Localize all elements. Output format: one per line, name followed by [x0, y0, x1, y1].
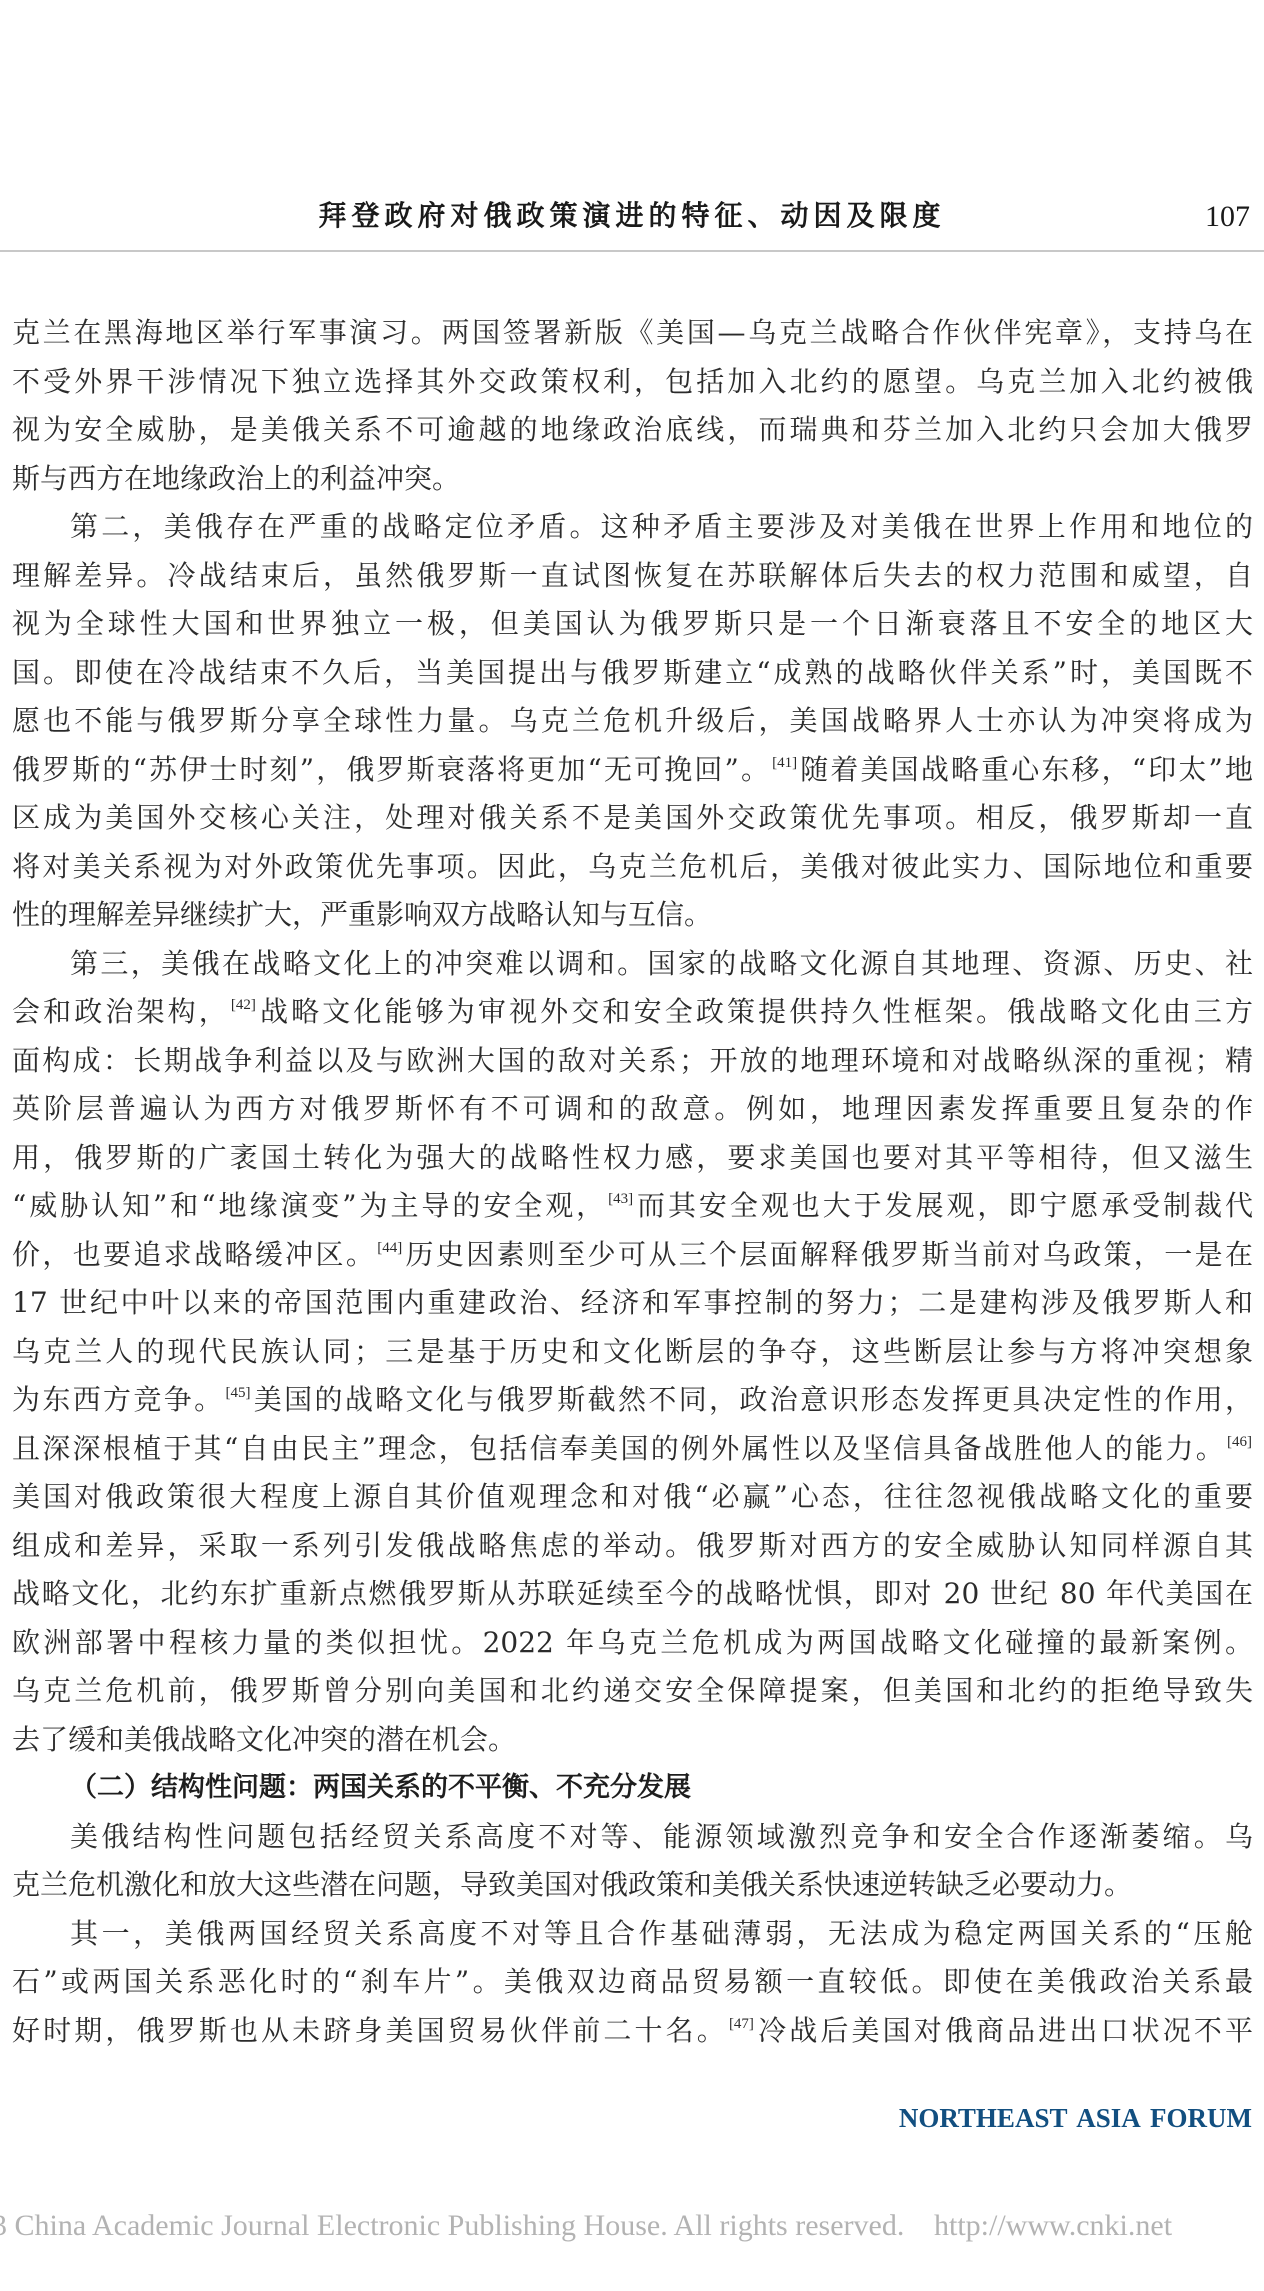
- text-line: 不受外界干涉情况下独立选择其外交政策权利，包括加入北约的愿望。乌克兰加入北约被俄: [12, 358, 1253, 407]
- text-segment: 冷战后美国对俄商品进出口状况不平: [755, 2014, 1253, 2047]
- citation-marker: [45]: [225, 1385, 250, 1401]
- text-line: 英阶层普遍认为西方对俄罗斯怀有不可调和的敌意。例如，地理因素发挥重要且复杂的作: [12, 1085, 1253, 1134]
- text-line: 俄罗斯的“苏伊士时刻”，俄罗斯衰落将更加“无可挽回”。[41]随着美国战略重心东…: [12, 746, 1253, 795]
- text-line: 去了缓和美俄战略文化冲突的潜在机会。: [12, 1716, 1253, 1765]
- text-line: 用，俄罗斯的广袤国土转化为强大的战略性权力感，要求美国也要对其平等相待，但又滋生: [12, 1134, 1253, 1183]
- copyright-notice: 3 China Academic Journal Electronic Publ…: [0, 2211, 904, 2241]
- citation-marker: [46]: [1227, 1434, 1252, 1450]
- document-page: 拜登政府对俄政策演进的特征、动因及限度 107 克兰在黑海地区举行军事演习。两国…: [0, 0, 1264, 2291]
- text-line: 组成和差异，采取一系列引发俄战略焦虑的举动。俄罗斯对西方的安全威胁认知同样源自其: [12, 1522, 1253, 1571]
- text-line: 国。即使在冷战结束不久后，当美国提出与俄罗斯建立“成熟的战略伙伴关系”时，美国既…: [12, 649, 1253, 698]
- text-segment: 好时期，俄罗斯也从未跻身美国贸易伙伴前二十名。: [12, 2014, 728, 2047]
- text-segment: 随着美国战略重心东移，“印太”地: [798, 753, 1253, 786]
- citation-marker: [47]: [729, 2016, 754, 2032]
- text-segment: 美国的战略文化与俄罗斯截然不同，政治意识形态发挥更具决定性的作用，: [251, 1383, 1253, 1416]
- text-segment: 历史因素则至少可从三个层面解释俄罗斯当前对乌政策，一是在: [403, 1238, 1253, 1271]
- journal-name: NORTHEAST ASIA FORUM: [899, 2105, 1252, 2132]
- text-line: 面构成：长期战争利益以及与欧洲大国的敌对关系；开放的地理环境和对战略纵深的重视；…: [12, 1037, 1253, 1086]
- text-line: 视为安全威胁，是美俄关系不可逾越的地缘政治底线，而瑞典和芬兰加入北约只会加大俄罗: [12, 406, 1253, 455]
- text-line: 克兰在黑海地区举行军事演习。两国签署新版《美国—乌克兰战略合作伙伴宪章》，支持乌…: [12, 309, 1253, 358]
- text-segment: 且深深根植于其“自由民主”理念，包括信奉美国的例外属性以及坚信具备战胜他人的能力…: [12, 1432, 1226, 1465]
- text-line: 其一，美俄两国经贸关系高度不对等且合作基础薄弱，无法成为稳定两国关系的“压舱: [12, 1910, 1253, 1959]
- text-line: 理解差异。冷战结束后，虽然俄罗斯一直试图恢复在苏联解体后失去的权力范围和威望，自: [12, 552, 1253, 601]
- text-line: 克兰危机激化和放大这些潜在问题，导致美国对俄政策和美俄关系快速逆转缺乏必要动力。: [12, 1861, 1253, 1910]
- text-line: 性的理解差异继续扩大，严重影响双方战略认知与互信。: [12, 891, 1253, 940]
- section-heading: （二）结构性问题：两国关系的不平衡、不充分发展: [12, 1764, 1253, 1813]
- citation-marker: [42]: [231, 997, 256, 1013]
- paragraph: 克兰在黑海地区举行军事演习。两国签署新版《美国—乌克兰战略合作伙伴宪章》，支持乌…: [12, 309, 1253, 503]
- text-line: 乌克兰危机前，俄罗斯曾分别向美国和北约递交安全保障提案，但美国和北约的拒绝导致失: [12, 1667, 1253, 1716]
- footer-url: http://www.cnki.net: [934, 2211, 1172, 2241]
- text-line: 战略文化，北约东扩重新点燃俄罗斯从苏联延续至今的战略忧惧，即对 20 世纪 80…: [12, 1570, 1253, 1619]
- text-line: 17 世纪中叶以来的帝国范围内重建政治、经济和军事控制的努力；二是建构涉及俄罗斯…: [12, 1279, 1253, 1328]
- running-title: 拜登政府对俄政策演进的特征、动因及限度: [0, 196, 1264, 236]
- citation-marker: [43]: [608, 1191, 633, 1207]
- citation-marker: [41]: [772, 755, 797, 771]
- text-line: 为东西方竞争。[45]美国的战略文化与俄罗斯截然不同，政治意识形态发挥更具决定性…: [12, 1376, 1253, 1425]
- text-line: 会和政治架构，[42]战略文化能够为审视外交和安全政策提供持久性框架。俄战略文化…: [12, 988, 1253, 1037]
- text-segment: 俄罗斯的“苏伊士时刻”，俄罗斯衰落将更加“无可挽回”。: [12, 753, 771, 786]
- text-line: 且深深根植于其“自由民主”理念，包括信奉美国的例外属性以及坚信具备战胜他人的能力…: [12, 1425, 1253, 1474]
- body-text: 克兰在黑海地区举行军事演习。两国签署新版《美国—乌克兰战略合作伙伴宪章》，支持乌…: [12, 309, 1253, 2055]
- paragraph: 第二，美俄存在严重的战略定位矛盾。这种矛盾主要涉及对美俄在世界上作用和地位的 理…: [12, 503, 1253, 940]
- text-line: 视为全球性大国和世界独立一极，但美国认为俄罗斯只是一个日渐衰落且不安全的地区大: [12, 600, 1253, 649]
- text-line: 第二，美俄存在严重的战略定位矛盾。这种矛盾主要涉及对美俄在世界上作用和地位的: [12, 503, 1253, 552]
- citation-marker: [44]: [377, 1240, 402, 1256]
- paragraph: 第三，美俄在战略文化上的冲突难以调和。国家的战略文化源自其地理、资源、历史、社 …: [12, 940, 1253, 1765]
- text-segment: “威胁认知”和“地缘演变”为主导的安全观，: [12, 1189, 607, 1222]
- text-segment: 而其安全观也大于发展观，即宁愿承受制裁代: [634, 1189, 1253, 1222]
- text-line: 美国对俄政策很大程度上源自其价值观理念和对俄“必赢”心态，往往忽视俄战略文化的重…: [12, 1473, 1253, 1522]
- paragraph: 其一，美俄两国经贸关系高度不对等且合作基础薄弱，无法成为稳定两国关系的“压舱 石…: [12, 1910, 1253, 2056]
- text-line: 将对美关系视为对外政策优先事项。因此，乌克兰危机后，美俄对彼此实力、国际地位和重…: [12, 843, 1253, 892]
- text-line: 好时期，俄罗斯也从未跻身美国贸易伙伴前二十名。[47]冷战后美国对俄商品进出口状…: [12, 2007, 1253, 2056]
- text-line: 价，也要追求战略缓冲区。[44]历史因素则至少可从三个层面解释俄罗斯当前对乌政策…: [12, 1231, 1253, 1280]
- text-segment: 战略文化能够为审视外交和安全政策提供持久性框架。俄战略文化由三方: [257, 995, 1253, 1028]
- text-line: 乌克兰人的现代民族认同；三是基于历史和文化断层的争夺，这些断层让参与方将冲突想象: [12, 1328, 1253, 1377]
- text-line: 美俄结构性问题包括经贸关系高度不对等、能源领域激烈竞争和安全合作逐渐萎缩。乌: [12, 1813, 1253, 1862]
- text-line: “威胁认知”和“地缘演变”为主导的安全观，[43]而其安全观也大于发展观，即宁愿…: [12, 1182, 1253, 1231]
- page-number: 107: [1205, 202, 1250, 232]
- text-segment: 为东西方竞争。: [12, 1383, 224, 1416]
- paragraph: 美俄结构性问题包括经贸关系高度不对等、能源领域激烈竞争和安全合作逐渐萎缩。乌 克…: [12, 1813, 1253, 1910]
- text-line: 欧洲部署中程核力量的类似担忧。2022 年乌克兰危机成为两国战略文化碰撞的最新案…: [12, 1619, 1253, 1668]
- text-line: 第三，美俄在战略文化上的冲突难以调和。国家的战略文化源自其地理、资源、历史、社: [12, 940, 1253, 989]
- header-rule: [0, 250, 1264, 252]
- text-line: 愿也不能与俄罗斯分享全球性力量。乌克兰危机升级后，美国战略界人士亦认为冲突将成为: [12, 697, 1253, 746]
- text-line: 石”或两国关系恶化时的“刹车片”。美俄双边商品贸易额一直较低。即使在美俄政治关系…: [12, 1958, 1253, 2007]
- text-line: 斯与西方在地缘政治上的利益冲突。: [12, 455, 1253, 504]
- text-segment: 价，也要追求战略缓冲区。: [12, 1238, 376, 1271]
- text-segment: 会和政治架构，: [12, 995, 230, 1028]
- text-line: 区成为美国外交核心关注，处理对俄关系不是美国外交政策优先事项。相反，俄罗斯却一直: [12, 794, 1253, 843]
